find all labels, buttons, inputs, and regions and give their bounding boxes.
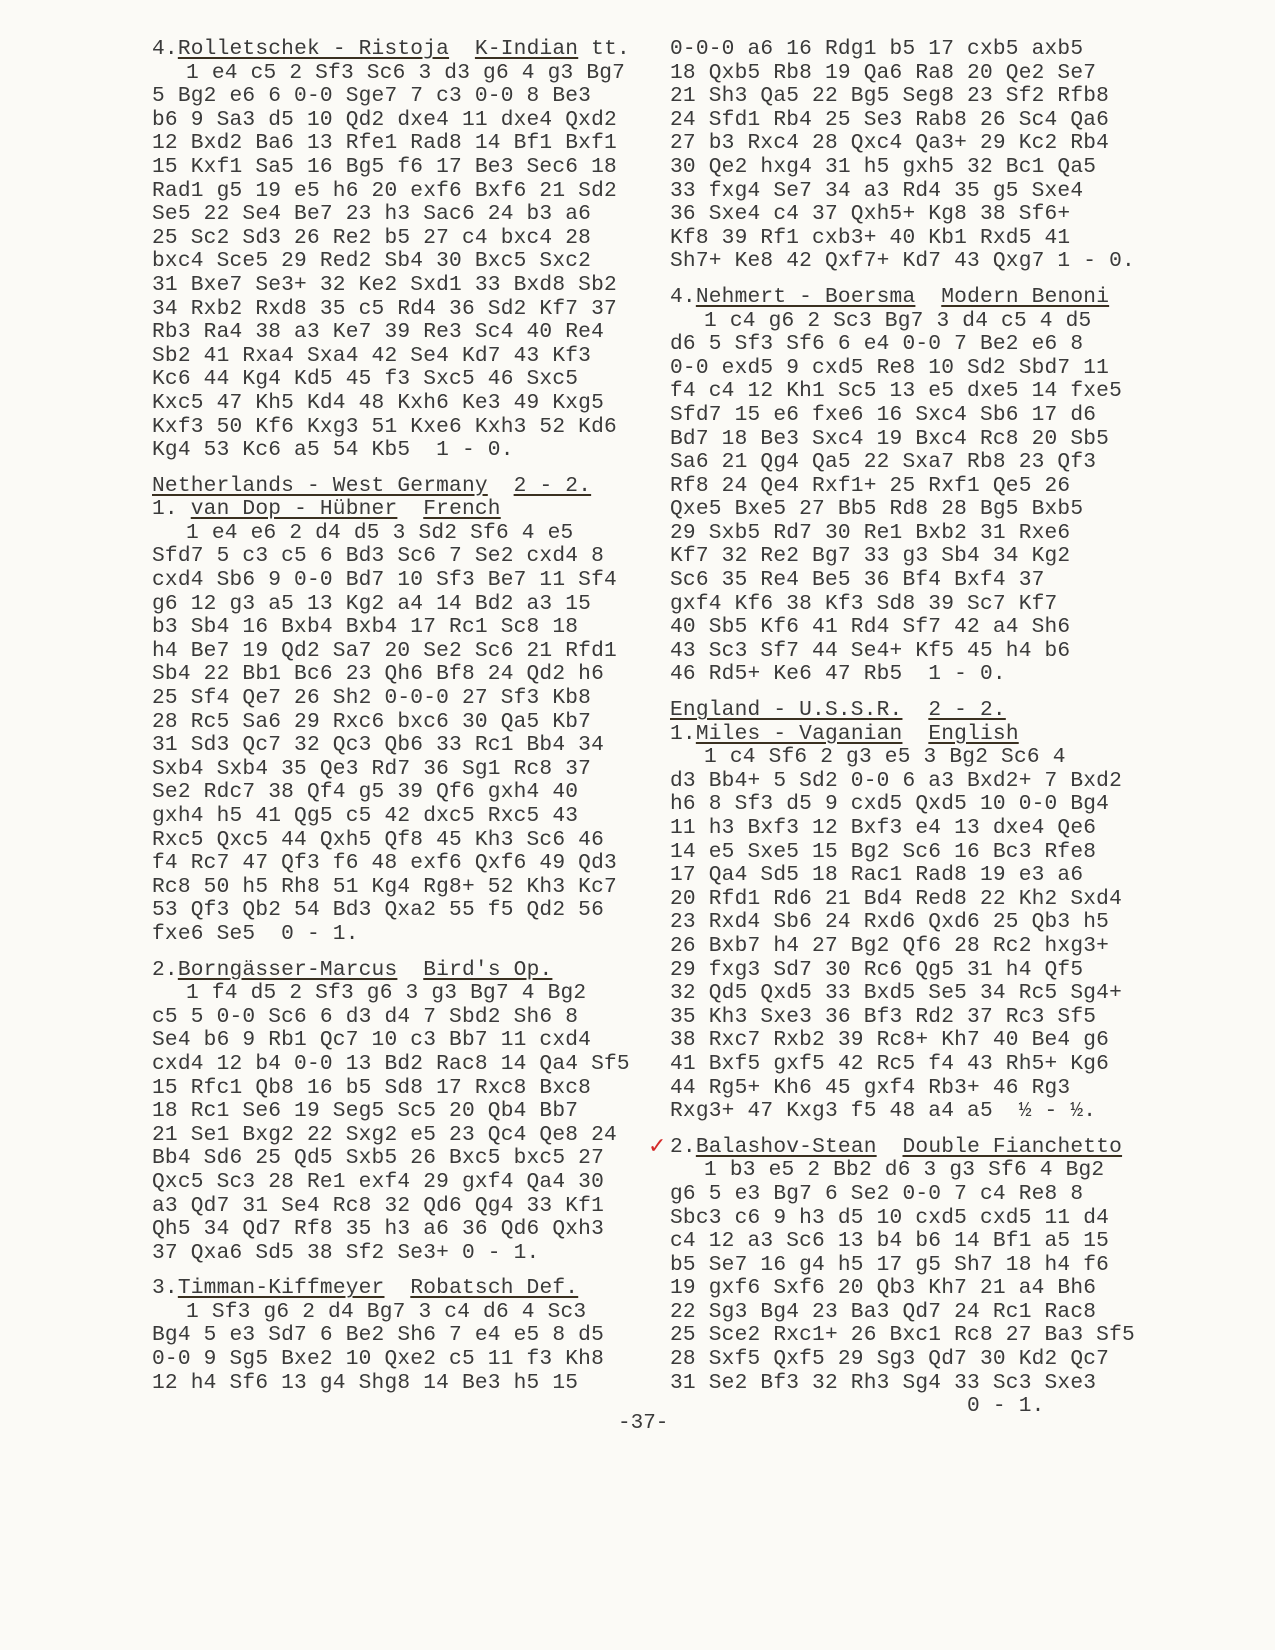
move-line: Bd7 18 Be3 Sxc4 19 Bxc4 Rc8 20 Sb5 (670, 428, 1170, 452)
move-line: 53 Qf3 Qb2 54 Bd3 Qxa2 55 f5 Qd2 56 (152, 899, 652, 923)
move-line: 23 Rxd4 Sb6 24 Rxd6 Qxd6 25 Qb3 h5 (670, 911, 1170, 935)
move-line: 32 Qd5 Qxd5 33 Bxd5 Se5 34 Rc5 Sg4+ (670, 982, 1170, 1006)
game-opening: Double Fianchetto (903, 1135, 1123, 1159)
move-line: 17 Qa4 Sd5 18 Rac1 Rad8 19 e3 a6 (670, 864, 1170, 888)
move-line: cxd4 12 b4 0-0 13 Bd2 Rac8 14 Qa4 Sf5 (152, 1053, 652, 1077)
match-score: 2 - 2. (928, 698, 1006, 722)
move-line: 33 fxg4 Se7 34 a3 Rd4 35 g5 Sxe4 (670, 180, 1170, 204)
move-line: d6 5 Sf3 Sf6 6 e4 0-0 7 Be2 e6 8 (670, 333, 1170, 357)
game-block: 0-0-0 a6 16 Rdg1 b5 17 cxb5 axb518 Qxb5 … (670, 38, 1170, 274)
red-checkmark-icon: ✓ (648, 1134, 666, 1159)
move-line: 35 Kh3 Sxe3 36 Bf3 Rd2 37 Rc3 Sf5 (670, 1006, 1170, 1030)
game-players: van Dop - Hübner (191, 497, 398, 521)
move-line: c4 12 a3 Sc6 13 b4 b6 14 Bf1 a5 15 (670, 1230, 1170, 1254)
game-opening: K-Indian (475, 37, 578, 61)
move-line: d3 Bb4+ 5 Sd2 0-0 6 a3 Bxd2+ 7 Bxd2 (670, 770, 1170, 794)
move-line: 1 b3 e5 2 Bb2 d6 3 g3 Sf6 4 Bg2 (670, 1159, 1170, 1183)
move-line: f4 Rc7 47 Qf3 f6 48 exf6 Qxf6 49 Qd3 (152, 852, 652, 876)
move-line: 30 Qe2 hxg4 31 h5 gxh5 32 Bc1 Qa5 (670, 156, 1170, 180)
move-line: Kxc5 47 Kh5 Kd4 48 Kxh6 Ke3 49 Kxg5 (152, 392, 652, 416)
move-line: 25 Sc2 Sd3 26 Re2 b5 27 c4 bxc4 28 (152, 227, 652, 251)
game-heading: 2.Borngässer-Marcus Bird's Op. (152, 959, 652, 983)
match-section: England - U.S.S.R. 2 - 2. (670, 687, 1170, 723)
match-heading: England - U.S.S.R. 2 - 2. (670, 699, 1170, 723)
move-line: Sxb4 Sxb4 35 Qe3 Rd7 36 Sg1 Rc8 37 (152, 758, 652, 782)
game-heading: 3.Timman-Kiffmeyer Robatsch Def. (152, 1277, 652, 1301)
move-line: Rxg3+ 47 Kxg3 f5 48 a4 a5 ½ - ½. (670, 1100, 1170, 1124)
move-line: 1 f4 d5 2 Sf3 g6 3 g3 Bg7 4 Bg2 (152, 982, 652, 1006)
move-line: bxc4 Sce5 29 Red2 Sb4 30 Bxc5 Sxc2 (152, 250, 652, 274)
move-line: 1 c4 Sf6 2 g3 e5 3 Bg2 Sc6 4 (670, 746, 1170, 770)
game-opening: Bird's Op. (423, 958, 552, 982)
move-line: 11 h3 Bxf3 12 Bxf3 e4 13 dxe4 Qe6 (670, 817, 1170, 841)
game-number: 3. (152, 1276, 178, 1300)
move-line: 5 Bg2 e6 6 0-0 Sge7 7 c3 0-0 8 Be3 (152, 85, 652, 109)
move-line: Se4 b6 9 Rb1 Qc7 10 c3 Bb7 11 cxd4 (152, 1029, 652, 1053)
game-heading: 2.Balashov-Stean Double Fianchetto (670, 1136, 1170, 1160)
game-players: Timman-Kiffmeyer (178, 1276, 385, 1300)
game-block: 3.Timman-Kiffmeyer Robatsch Def.1 Sf3 g6… (152, 1265, 652, 1395)
game-number: 4. (152, 37, 178, 61)
move-line: Bg4 5 e3 Sd7 6 Be2 Sh6 7 e4 e5 8 d5 (152, 1324, 652, 1348)
move-line: Rf8 24 Qe4 Rxf1+ 25 Rxf1 Qe5 26 (670, 475, 1170, 499)
game-heading: 4.Rolletschek - Ristoja K-Indian tt. (152, 38, 652, 62)
move-line: 37 Qxa6 Sd5 38 Sf2 Se3+ 0 - 1. (152, 1242, 652, 1266)
move-line: 15 Kxf1 Sa5 16 Bg5 f6 17 Be3 Sec6 18 (152, 156, 652, 180)
move-line: 44 Rg5+ Kh6 45 gxf4 Rb3+ 46 Rg3 (670, 1077, 1170, 1101)
move-line: b5 Se7 16 g4 h5 17 g5 Sh7 18 h4 f6 (670, 1254, 1170, 1278)
move-line: 22 Sg3 Bg4 23 Ba3 Qd7 24 Rc1 Rac8 (670, 1301, 1170, 1325)
move-line: 12 Bxd2 Ba6 13 Rfe1 Rad8 14 Bf1 Bxf1 (152, 132, 652, 156)
move-line: Sa6 21 Qg4 Qa5 22 Sxa7 Rb8 23 Qf3 (670, 451, 1170, 475)
game-heading: 4.Nehmert - Boersma Modern Benoni (670, 286, 1170, 310)
move-line: f4 c4 12 Kh1 Sc5 13 e5 dxe5 14 fxe5 (670, 380, 1170, 404)
move-line: cxd4 Sb6 9 0-0 Bd7 10 Sf3 Be7 11 Sf4 (152, 569, 652, 593)
game-opening: English (928, 722, 1018, 746)
game-number: 2. (670, 1135, 696, 1159)
move-line: g6 5 e3 Bg7 6 Se2 0-0 7 c4 Re8 8 (670, 1183, 1170, 1207)
move-line: Sfd7 15 e6 fxe6 16 Sxc4 Sb6 17 d6 (670, 404, 1170, 428)
move-line: 0 - 1. (670, 1395, 1170, 1419)
move-line: 34 Rxb2 Rxd8 35 c5 Rd4 36 Sd2 Kf7 37 (152, 298, 652, 322)
game-number: 1. (152, 497, 191, 521)
move-line: 12 h4 Sf6 13 g4 Shg8 14 Be3 h5 15 (152, 1372, 652, 1396)
move-line: Rb3 Ra4 38 a3 Ke7 39 Re3 Sc4 40 Re4 (152, 321, 652, 345)
move-line: 28 Rc5 Sa6 29 Rxc6 bxc6 30 Qa5 Kb7 (152, 711, 652, 735)
match-heading: Netherlands - West Germany 2 - 2. (152, 475, 652, 499)
move-line: 27 b3 Rxc4 28 Qxc4 Qa3+ 29 Kc2 Rb4 (670, 132, 1170, 156)
move-line: g6 12 g3 a5 13 Kg2 a4 14 Bd2 a3 15 (152, 593, 652, 617)
game-players: Borngässer-Marcus (178, 958, 398, 982)
move-line: 25 Sf4 Qe7 26 Sh2 0-0-0 27 Sf3 Kb8 (152, 687, 652, 711)
move-line: 21 Se1 Bxg2 22 Sxg2 e5 23 Qc4 Qe8 24 (152, 1124, 652, 1148)
page-number: -37- (618, 1412, 668, 1435)
move-line: Rad1 g5 19 e5 h6 20 exf6 Bxf6 21 Sd2 (152, 180, 652, 204)
game-opening: Robatsch Def. (410, 1276, 578, 1300)
game-players: Balashov-Stean (696, 1135, 877, 1159)
move-line: Se5 22 Se4 Be7 23 h3 Sac6 24 b3 a6 (152, 203, 652, 227)
move-line: c5 5 0-0 Sc6 6 d3 d4 7 Sbd2 Sh6 8 (152, 1006, 652, 1030)
move-line: Kc6 44 Kg4 Kd5 45 f3 Sxc5 46 Sxc5 (152, 368, 652, 392)
game-players: Rolletschek - Ristoja (178, 37, 449, 61)
move-line: 31 Sd3 Qc7 32 Qc3 Qb6 33 Rc1 Bb4 34 (152, 734, 652, 758)
move-line: Kf7 32 Re2 Bg7 33 g3 Sb4 34 Kg2 (670, 545, 1170, 569)
move-line: 0-0-0 a6 16 Rdg1 b5 17 cxb5 axb5 (670, 38, 1170, 62)
move-line: Sb2 41 Rxa4 Sxa4 42 Se4 Kd7 43 Kf3 (152, 345, 652, 369)
match-score: 2 - 2. (514, 474, 592, 498)
move-line: 1 c4 g6 2 Sc3 Bg7 3 d4 c5 4 d5 (670, 310, 1170, 334)
move-line: h4 Be7 19 Qd2 Sa7 20 Se2 Sc6 21 Rfd1 (152, 640, 652, 664)
move-line: Rc8 50 h5 Rh8 51 Kg4 Rg8+ 52 Kh3 Kc7 (152, 876, 652, 900)
match-section: Netherlands - West Germany 2 - 2. (152, 463, 652, 499)
move-line: 19 gxf6 Sxf6 20 Qb3 Kh7 21 a4 Bh6 (670, 1277, 1170, 1301)
move-line: 1 Sf3 g6 2 d4 Bg7 3 c4 d6 4 Sc3 (152, 1301, 652, 1325)
move-line: 43 Sc3 Sf7 44 Se4+ Kf5 45 h4 b6 (670, 640, 1170, 664)
game-block: 4.Nehmert - Boersma Modern Benoni1 c4 g6… (670, 274, 1170, 687)
move-line: 28 Sxf5 Qxf5 29 Sg3 Qd7 30 Kd2 Qc7 (670, 1348, 1170, 1372)
move-line: 15 Rfc1 Qb8 16 b5 Sd8 17 Rxc8 Bxc8 (152, 1077, 652, 1101)
match-title: England - U.S.S.R. (670, 698, 902, 722)
move-line: 41 Bxf5 gxf5 42 Rc5 f4 43 Rh5+ Kg6 (670, 1053, 1170, 1077)
game-block: 1. van Dop - Hübner French1 e4 e6 2 d4 d… (152, 498, 652, 946)
move-line: 38 Rxc7 Rxb2 39 Rc8+ Kh7 40 Be4 g6 (670, 1029, 1170, 1053)
move-line: b6 9 Sa3 d5 10 Qd2 dxe4 11 dxe4 Qxd2 (152, 109, 652, 133)
game-heading: 1. van Dop - Hübner French (152, 498, 652, 522)
game-number: 1. (670, 722, 696, 746)
move-line: Qh5 34 Qd7 Rf8 35 h3 a6 36 Qd6 Qxh3 (152, 1218, 652, 1242)
game-block: 4.Rolletschek - Ristoja K-Indian tt.1 e4… (152, 38, 652, 463)
right-column: 0-0-0 a6 16 Rdg1 b5 17 cxb5 axb518 Qxb5 … (670, 38, 1170, 1419)
game-block: 2.Balashov-Stean Double Fianchetto1 b3 e… (670, 1124, 1170, 1419)
game-players: Nehmert - Boersma (696, 285, 916, 309)
move-line: 25 Sce2 Rxc1+ 26 Bxc1 Rc8 27 Ba3 Sf5 (670, 1324, 1170, 1348)
game-players: Miles - Vaganian (696, 722, 903, 746)
move-line: 0-0 exd5 9 cxd5 Re8 10 Sd2 Sbd7 11 (670, 357, 1170, 381)
left-column: 4.Rolletschek - Ristoja K-Indian tt.1 e4… (152, 38, 652, 1395)
move-line: gxf4 Kf6 38 Kf3 Sd8 39 Sc7 Kf7 (670, 593, 1170, 617)
game-heading: 1.Miles - Vaganian English (670, 723, 1170, 747)
move-line: 29 Sxb5 Rd7 30 Re1 Bxb2 31 Rxe6 (670, 522, 1170, 546)
move-line: Sb4 22 Bb1 Bc6 23 Qh6 Bf8 24 Qd2 h6 (152, 663, 652, 687)
move-line: b3 Sb4 16 Bxb4 Bxb4 17 Rc1 Sc8 18 (152, 616, 652, 640)
move-line: Kg4 53 Kc6 a5 54 Kb5 1 - 0. (152, 439, 652, 463)
move-line: Sh7+ Ke8 42 Qxf7+ Kd7 43 Qxg7 1 - 0. (670, 250, 1170, 274)
move-line: Sfd7 5 c3 c5 6 Bd3 Sc6 7 Se2 cxd4 8 (152, 545, 652, 569)
move-line: 14 e5 Sxe5 15 Bg2 Sc6 16 Bc3 Rfe8 (670, 841, 1170, 865)
game-block: 1.Miles - Vaganian English1 c4 Sf6 2 g3 … (670, 723, 1170, 1124)
move-line: Kxf3 50 Kf6 Kxg3 51 Kxe6 Kxh3 52 Kd6 (152, 416, 652, 440)
move-line: 1 e4 e6 2 d4 d5 3 Sd2 Sf6 4 e5 (152, 522, 652, 546)
move-line: 31 Se2 Bf3 32 Rh3 Sg4 33 Sc3 Sxe3 (670, 1372, 1170, 1396)
move-line: 21 Sh3 Qa5 22 Bg5 Seg8 23 Sf2 Rfb8 (670, 85, 1170, 109)
move-line: h6 8 Sf3 d5 9 cxd5 Qxd5 10 0-0 Bg4 (670, 793, 1170, 817)
game-number: 4. (670, 285, 696, 309)
move-line: Kf8 39 Rf1 cxb3+ 40 Kb1 Rxd5 41 (670, 227, 1170, 251)
move-line: gxh4 h5 41 Qg5 c5 42 dxc5 Rxc5 43 (152, 805, 652, 829)
move-line: 26 Bxb7 h4 27 Bg2 Qf6 28 Rc2 hxg3+ (670, 935, 1170, 959)
game-number: 2. (152, 958, 178, 982)
move-line: 24 Sfd1 Rb4 25 Se3 Rab8 26 Sc4 Qa6 (670, 109, 1170, 133)
move-line: 18 Qxb5 Rb8 19 Qa6 Ra8 20 Qe2 Se7 (670, 62, 1170, 86)
move-line: 36 Sxe4 c4 37 Qxh5+ Kg8 38 Sf6+ (670, 203, 1170, 227)
move-line: 40 Sb5 Kf6 41 Rd4 Sf7 42 a4 Sh6 (670, 616, 1170, 640)
opening-suffix: tt. (591, 37, 630, 61)
move-line: Qxe5 Bxe5 27 Bb5 Rd8 28 Bg5 Bxb5 (670, 498, 1170, 522)
game-opening: French (423, 497, 501, 521)
game-block: 2.Borngässer-Marcus Bird's Op.1 f4 d5 2 … (152, 947, 652, 1266)
move-line: Bb4 Sd6 25 Qd5 Sxb5 26 Bxc5 bxc5 27 (152, 1147, 652, 1171)
move-line: Rxc5 Qxc5 44 Qxh5 Qf8 45 Kh3 Sc6 46 (152, 829, 652, 853)
move-line: 0-0 9 Sg5 Bxe2 10 Qxe2 c5 11 f3 Kh8 (152, 1348, 652, 1372)
move-line: Sc6 35 Re4 Be5 36 Bf4 Bxf4 37 (670, 569, 1170, 593)
move-line: 1 e4 c5 2 Sf3 Sc6 3 d3 g6 4 g3 Bg7 (152, 62, 652, 86)
move-line: a3 Qd7 31 Se4 Rc8 32 Qd6 Qg4 33 Kf1 (152, 1195, 652, 1219)
move-line: Se2 Rdc7 38 Qf4 g5 39 Qf6 gxh4 40 (152, 781, 652, 805)
move-line: fxe6 Se5 0 - 1. (152, 923, 652, 947)
move-line: 31 Bxe7 Se3+ 32 Ke2 Sxd1 33 Bxd8 Sb2 (152, 274, 652, 298)
move-line: 20 Rfd1 Rd6 21 Bd4 Red8 22 Kh2 Sxd4 (670, 888, 1170, 912)
move-line: Qxc5 Sc3 28 Re1 exf4 29 gxf4 Qa4 30 (152, 1171, 652, 1195)
move-line: Sbc3 c6 9 h3 d5 10 cxd5 cxd5 11 d4 (670, 1207, 1170, 1231)
move-line: 46 Rd5+ Ke6 47 Rb5 1 - 0. (670, 663, 1170, 687)
match-title: Netherlands - West Germany (152, 474, 488, 498)
move-line: 29 fxg3 Sd7 30 Rc6 Qg5 31 h4 Qf5 (670, 959, 1170, 983)
move-line: 18 Rc1 Se6 19 Seg5 Sc5 20 Qb4 Bb7 (152, 1100, 652, 1124)
game-opening: Modern Benoni (941, 285, 1109, 309)
